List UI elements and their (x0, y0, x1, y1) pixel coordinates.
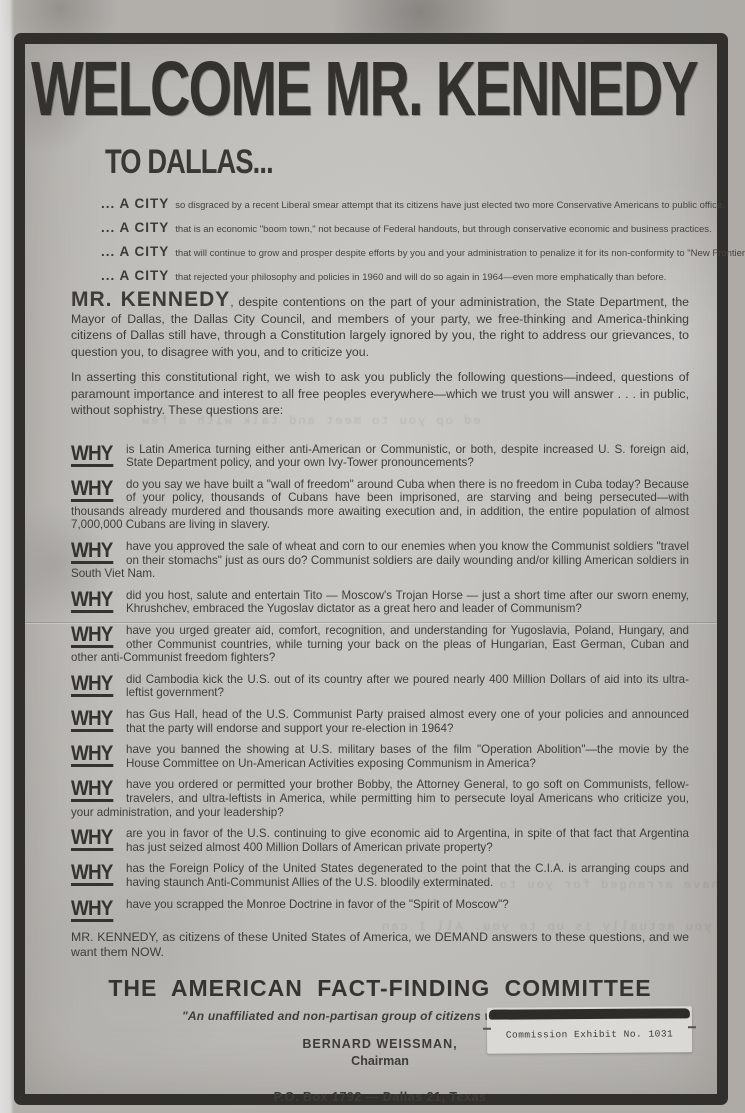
question-text: do you say we have built a "wall of free… (71, 478, 689, 532)
city-line: ... A CITYthat is an economic "boom town… (101, 220, 689, 235)
bleed-through-text: you actually is up to you. All I can (380, 920, 711, 934)
stamp-ink-bar (489, 1008, 690, 1019)
city-text: so disgraced by a recent Liberal smear a… (175, 200, 725, 211)
why-lead: WHY (71, 674, 113, 697)
question-text: did Cambodia kick the U.S. out of its co… (126, 673, 689, 700)
scanned-page: ed op you to meet and talk with a few ha… (0, 0, 745, 1113)
city-text: that will continue to grow and prosper d… (175, 248, 745, 259)
ad-border-frame: ed op you to meet and talk with a few ha… (14, 33, 728, 1105)
intro-paragraph: In asserting this constitutional right, … (71, 369, 689, 419)
city-line: ... A CITYthat rejected your philosophy … (101, 268, 689, 283)
fold-line (25, 622, 717, 623)
question-item: WHYhave you scrapped the Monroe Doctrine… (71, 898, 689, 922)
question-text: have you approved the sale of wheat and … (71, 540, 689, 580)
question-text: did you host, salute and entertain Tito … (126, 589, 689, 616)
city-line: ... A CITYso disgraced by a recent Liber… (101, 196, 689, 211)
city-lead: ... A CITY (101, 244, 169, 259)
question-text: have you urged greater aid, comfort, rec… (71, 624, 689, 664)
headline: WELCOME MR. KENNEDY (31, 50, 621, 144)
city-text: that is an economic "boom town," not bec… (175, 224, 711, 235)
committee-name: THE AMERICAN FACT-FINDING COMMITTEE (71, 975, 689, 1002)
closing-paragraph: MR. KENNEDY, as citizens of these United… (71, 930, 689, 961)
city-line: ... A CITYthat will continue to grow and… (101, 244, 689, 259)
city-text: that rejected your philosophy and polici… (175, 272, 666, 283)
why-lead: WHY (71, 828, 113, 851)
chairman-title: Chairman (71, 1054, 689, 1068)
bleed-through-text: ed op you to meet and talk with a few (140, 414, 480, 428)
exhibit-stamp: Commission Exhibit No. 1031 (487, 1006, 692, 1053)
question-item: WHYhave you banned the showing at U.S. m… (71, 743, 689, 770)
why-lead: WHY (71, 863, 113, 886)
city-lead: ... A CITY (101, 196, 169, 211)
question-item: WHYhave you urged greater aid, comfort, … (71, 624, 689, 665)
why-lead: WHY (71, 779, 113, 802)
question-item: WHYhave you ordered or permitted your br… (71, 778, 689, 819)
question-text: has Gus Hall, head of the U.S. Communist… (126, 708, 689, 735)
city-lead: ... A CITY (101, 220, 169, 235)
subhead: TO DALLAS... (105, 144, 644, 184)
question-item: WHYdid you host, salute and entertain Ti… (71, 589, 689, 616)
question-item: WHYdo you say we have built a "wall of f… (71, 478, 689, 532)
why-lead: WHY (71, 590, 113, 613)
question-item: WHYhave you approved the sale of wheat a… (71, 540, 689, 581)
salutation-paragraph: MR. KENNEDY, despite contentions on the … (71, 292, 689, 360)
stamp-label: Commission Exhibit No. 1031 (487, 1028, 692, 1040)
po-box-address: P.O. Box 1792 — Dallas 21, Texas (71, 1090, 689, 1104)
why-lead: WHY (71, 541, 113, 564)
question-text: have you ordered or permitted your broth… (71, 778, 689, 818)
city-lead: ... A CITY (101, 268, 169, 283)
why-lead: WHY (71, 444, 113, 467)
why-lead: WHY (71, 899, 113, 922)
salutation: MR. KENNEDY (71, 288, 230, 311)
question-item: WHYdid Cambodia kick the U.S. out of its… (71, 673, 689, 700)
questions-list: WHYis Latin America turning either anti-… (71, 443, 689, 922)
why-lead: WHY (71, 744, 113, 767)
question-item: WHYare you in favor of the U.S. continui… (71, 827, 689, 854)
question-text: have you banned the showing at U.S. mili… (126, 743, 689, 770)
why-lead: WHY (71, 625, 113, 648)
question-item: WHYhas Gus Hall, head of the U.S. Commun… (71, 708, 689, 735)
why-lead: WHY (71, 709, 113, 732)
why-lead: WHY (71, 479, 113, 502)
bleed-through-text: have arranged for you to meet and (415, 878, 719, 892)
city-list: ... A CITYso disgraced by a recent Liber… (101, 196, 689, 283)
question-item: WHYis Latin America turning either anti-… (71, 443, 689, 470)
question-text: have you scrapped the Monroe Doctrine in… (126, 898, 509, 911)
question-text: are you in favor of the U.S. continuing … (126, 827, 689, 854)
ad-body: ... A CITYso disgraced by a recent Liber… (25, 180, 717, 1113)
question-text: is Latin America turning either anti-Ame… (126, 443, 689, 470)
